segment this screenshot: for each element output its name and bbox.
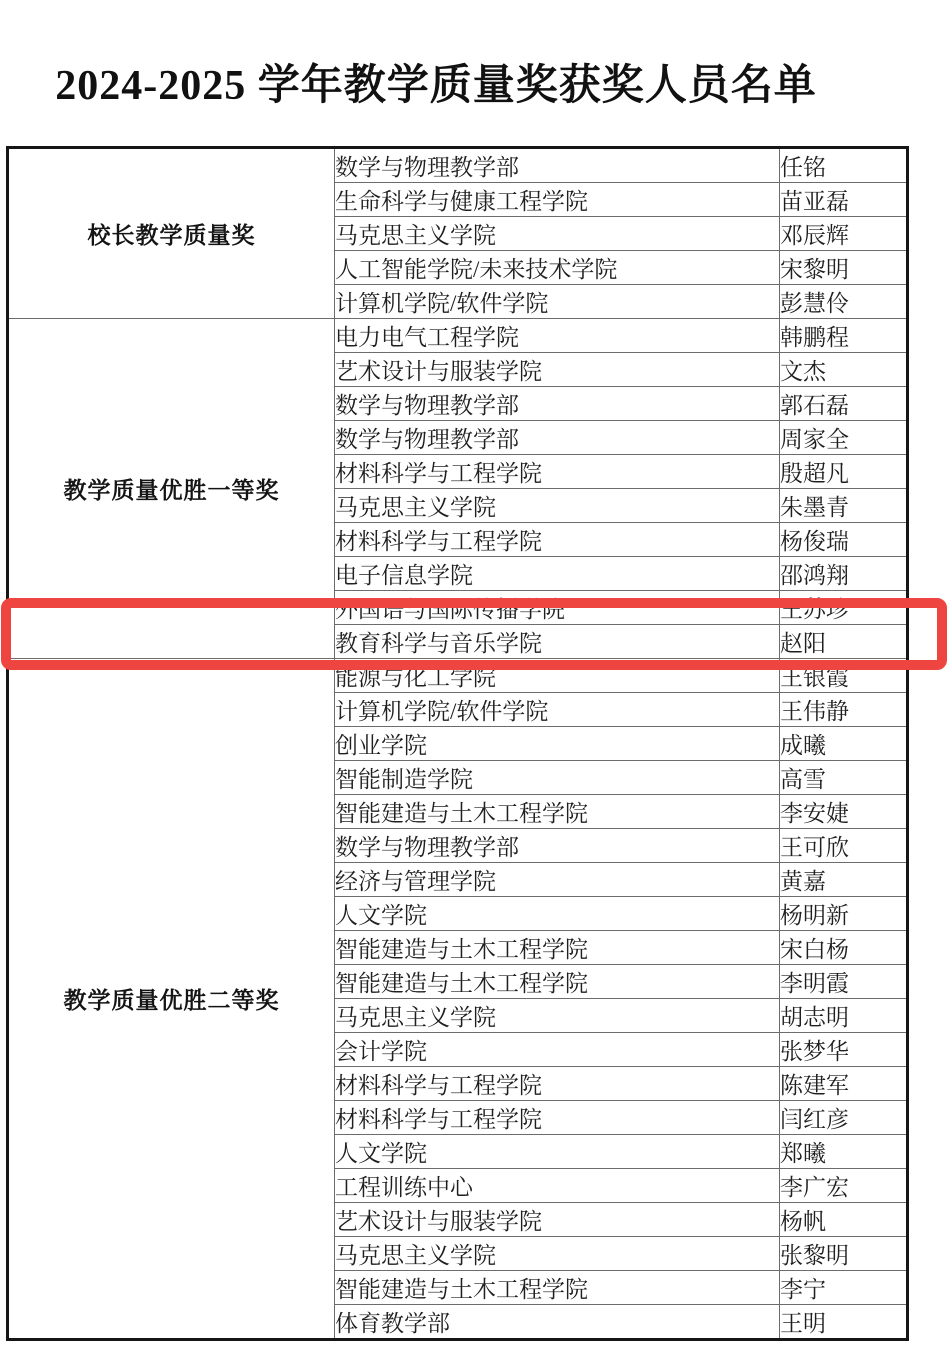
college-cell: 智能制造学院 [335,761,780,795]
name-cell: 郑曦 [780,1135,908,1169]
name-cell: 苗亚磊 [780,183,908,217]
name-cell: 郭石磊 [780,387,908,421]
name-cell: 邵鸿翔 [780,557,908,591]
name-cell: 李宁 [780,1271,908,1305]
college-cell: 计算机学院/软件学院 [335,693,780,727]
name-cell: 邓辰辉 [780,217,908,251]
college-cell: 材料科学与工程学院 [335,523,780,557]
name-cell: 高雪 [780,761,908,795]
name-cell: 闫红彦 [780,1101,908,1135]
name-cell: 杨帆 [780,1203,908,1237]
college-cell: 工程训练中心 [335,1169,780,1203]
name-cell: 宋黎明 [780,251,908,285]
name-cell: 王可欣 [780,829,908,863]
name-cell: 陈建军 [780,1067,908,1101]
college-cell: 人工智能学院/未来技术学院 [335,251,780,285]
awards-table-body: 校长教学质量奖数学与物理教学部任铭生命科学与健康工程学院苗亚磊马克思主义学院邓辰… [8,148,908,1340]
award-category-cell: 教学质量优胜一等奖 [8,319,335,659]
name-cell: 彭慧伶 [780,285,908,319]
name-cell: 胡志明 [780,999,908,1033]
college-cell: 数学与物理教学部 [335,148,780,183]
awards-table: 校长教学质量奖数学与物理教学部任铭生命科学与健康工程学院苗亚磊马克思主义学院邓辰… [6,146,909,1341]
award-category-cell: 教学质量优胜二等奖 [8,659,335,1340]
name-cell: 赵阳 [780,625,908,659]
college-cell: 能源与化工学院 [335,659,780,693]
college-cell: 艺术设计与服装学院 [335,353,780,387]
name-cell: 宋白杨 [780,931,908,965]
name-cell: 成曦 [780,727,908,761]
name-cell: 李明霞 [780,965,908,999]
name-cell: 殷超凡 [780,455,908,489]
college-cell: 智能建造与土木工程学院 [335,931,780,965]
document-page: 2024-2025 学年教学质量奖获奖人员名单 校长教学质量奖数学与物理教学部任… [0,0,948,1355]
college-cell: 马克思主义学院 [335,999,780,1033]
college-cell: 智能建造与土木工程学院 [335,795,780,829]
name-cell: 李广宏 [780,1169,908,1203]
college-cell: 体育教学部 [335,1305,780,1340]
college-cell: 马克思主义学院 [335,217,780,251]
college-cell: 电力电气工程学院 [335,319,780,353]
college-cell: 材料科学与工程学院 [335,1101,780,1135]
name-cell: 王明 [780,1305,908,1340]
name-cell: 王苏珍 [780,591,908,625]
college-cell: 马克思主义学院 [335,489,780,523]
award-category-cell: 校长教学质量奖 [8,148,335,319]
college-cell: 人文学院 [335,1135,780,1169]
name-cell: 周家全 [780,421,908,455]
name-cell: 朱墨青 [780,489,908,523]
college-cell: 计算机学院/软件学院 [335,285,780,319]
name-cell: 杨明新 [780,897,908,931]
page-title: 2024-2025 学年教学质量奖获奖人员名单 [0,52,886,112]
name-cell: 黄嘉 [780,863,908,897]
college-cell: 艺术设计与服装学院 [335,1203,780,1237]
college-cell: 外国语与国际传播学院 [335,591,780,625]
name-cell: 王银霞 [780,659,908,693]
college-cell: 智能建造与土木工程学院 [335,965,780,999]
college-cell: 材料科学与工程学院 [335,455,780,489]
table-row: 教学质量优胜一等奖电力电气工程学院韩鹏程 [8,319,908,353]
college-cell: 材料科学与工程学院 [335,1067,780,1101]
college-cell: 电子信息学院 [335,557,780,591]
college-cell: 智能建造与土木工程学院 [335,1271,780,1305]
college-cell: 教育科学与音乐学院 [335,625,780,659]
college-cell: 数学与物理教学部 [335,829,780,863]
name-cell: 李安婕 [780,795,908,829]
name-cell: 王伟静 [780,693,908,727]
college-cell: 创业学院 [335,727,780,761]
name-cell: 杨俊瑞 [780,523,908,557]
college-cell: 数学与物理教学部 [335,387,780,421]
name-cell: 文杰 [780,353,908,387]
college-cell: 人文学院 [335,897,780,931]
college-cell: 经济与管理学院 [335,863,780,897]
table-row: 校长教学质量奖数学与物理教学部任铭 [8,148,908,183]
name-cell: 韩鹏程 [780,319,908,353]
name-cell: 张梦华 [780,1033,908,1067]
table-row: 教学质量优胜二等奖能源与化工学院王银霞 [8,659,908,693]
college-cell: 数学与物理教学部 [335,421,780,455]
name-cell: 任铭 [780,148,908,183]
college-cell: 会计学院 [335,1033,780,1067]
college-cell: 生命科学与健康工程学院 [335,183,780,217]
college-cell: 马克思主义学院 [335,1237,780,1271]
name-cell: 张黎明 [780,1237,908,1271]
